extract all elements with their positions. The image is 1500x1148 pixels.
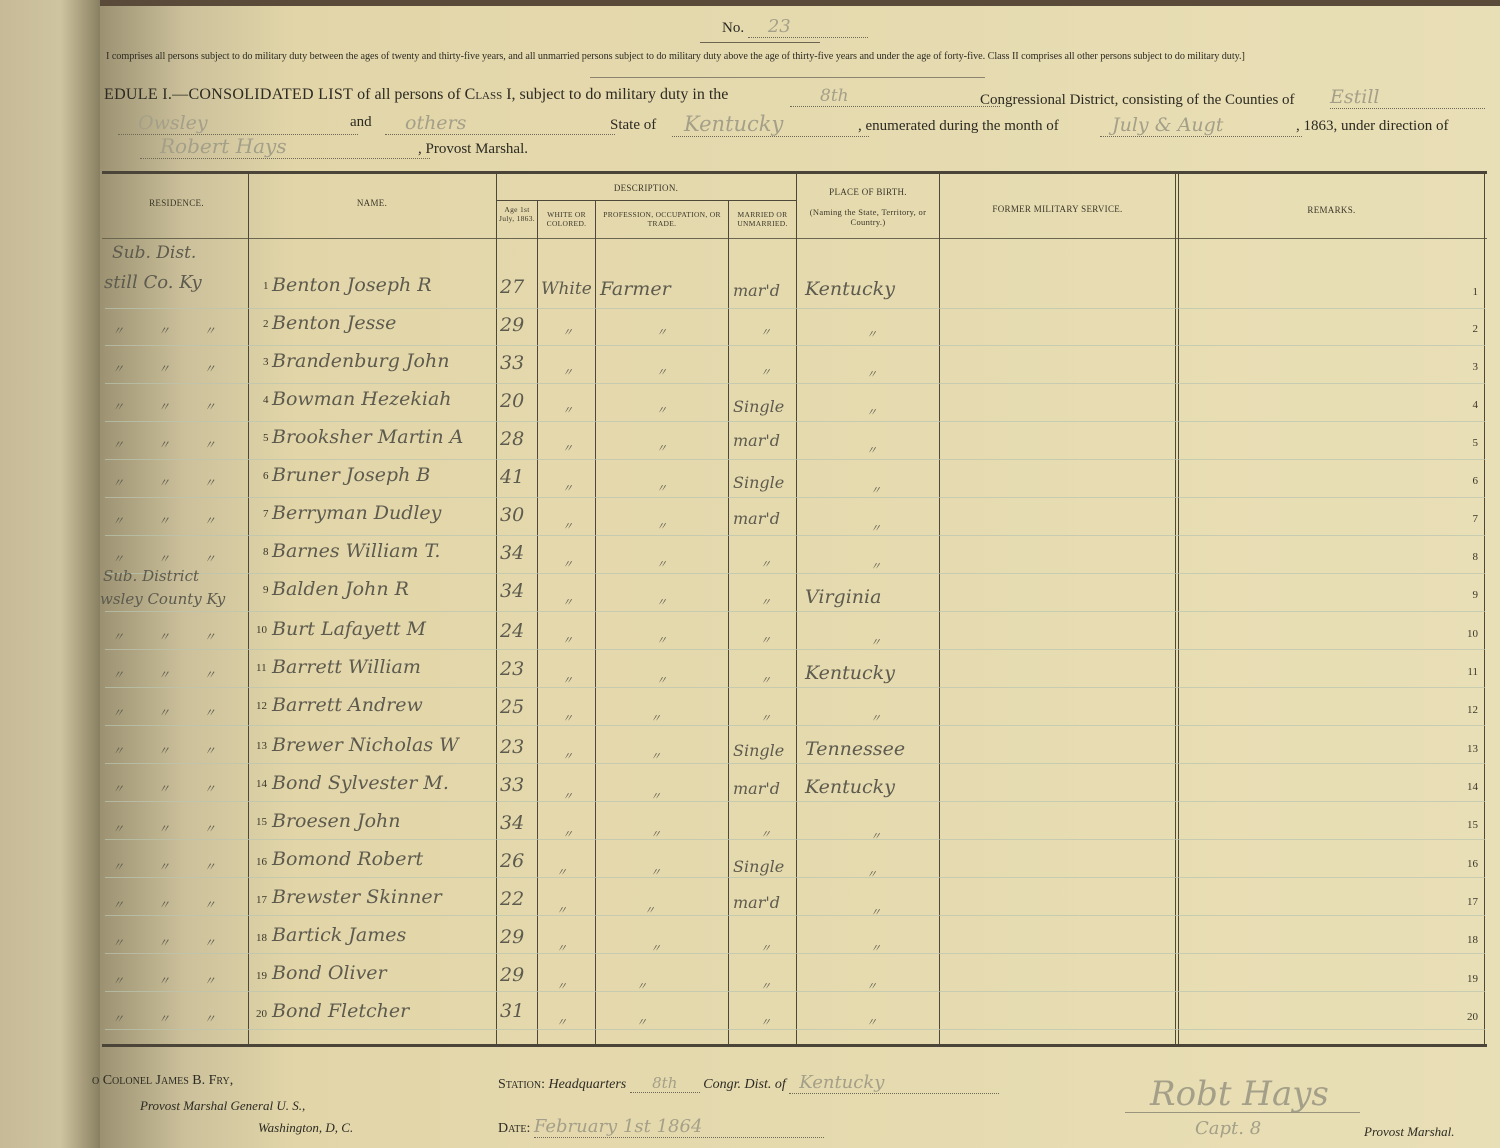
col-line-profession xyxy=(728,200,729,1044)
residence-ditto: 〃 〃 〃 xyxy=(112,398,216,415)
profession-cell: 〃 xyxy=(650,786,661,808)
birth-cell: 〃 xyxy=(866,324,877,346)
profession-cell: 〃 xyxy=(656,554,667,576)
row-number: 12 xyxy=(256,700,267,712)
row-number: 8 xyxy=(263,546,269,558)
residence-ditto: 〃 〃 〃 xyxy=(112,934,216,951)
month-field: July & Augt xyxy=(1100,114,1302,137)
header-color: White or Colored. xyxy=(538,210,595,228)
remarks-row-number: 8 xyxy=(1448,551,1478,563)
class-note-rule xyxy=(590,77,985,78)
remarks-row-number: 12 xyxy=(1448,704,1478,716)
married-cell: Single xyxy=(733,856,784,878)
birth-cell: Kentucky xyxy=(805,776,895,798)
row-rule xyxy=(105,1029,1485,1030)
age-cell: 29 xyxy=(500,964,524,986)
married-cell: 〃 xyxy=(760,592,771,614)
birth-cell: Tennessee xyxy=(805,738,905,760)
station-congr-label: Congr. Dist. of xyxy=(703,1077,785,1092)
signature: Robt Hays xyxy=(1150,1074,1329,1114)
name-cell: Brooksher Martin A xyxy=(272,426,463,448)
profession-cell: 〃 xyxy=(636,976,647,998)
remarks-row-number: 4 xyxy=(1448,399,1478,411)
age-cell: 26 xyxy=(500,850,524,872)
age-cell: 34 xyxy=(500,812,524,834)
header-residence: RESIDENCE. xyxy=(105,198,248,209)
name-cell: Bruner Joseph B xyxy=(272,464,430,486)
row-rule xyxy=(105,915,1485,916)
birth-cell: 〃 xyxy=(866,1012,877,1034)
name-cell: Brandenburg John xyxy=(272,350,449,372)
birth-cell: 〃 xyxy=(866,402,877,424)
married-cell: mar'd xyxy=(733,778,780,800)
row-rule xyxy=(105,497,1485,498)
age-cell: 23 xyxy=(500,658,524,680)
state-value: Kentucky xyxy=(672,112,869,137)
profession-cell: 〃 xyxy=(656,478,667,500)
married-cell: 〃 xyxy=(760,976,771,998)
married-cell: 〃 xyxy=(760,824,771,846)
age-cell: 28 xyxy=(500,428,524,450)
residence-note-estill-line1: Sub. Dist. xyxy=(112,243,196,263)
county1-value: Estill xyxy=(1330,86,1485,109)
remarks-row-number: 6 xyxy=(1448,475,1478,487)
table-top-rule xyxy=(102,171,1487,174)
district-field: 8th xyxy=(790,86,1000,107)
age-cell: 29 xyxy=(500,926,524,948)
row-number: 13 xyxy=(256,740,267,752)
birth-cell: 〃 xyxy=(870,480,881,502)
married-cell: 〃 xyxy=(760,322,771,344)
row-rule xyxy=(105,535,1485,536)
birth-cell: 〃 xyxy=(870,708,881,730)
row-number: 9 xyxy=(263,584,269,596)
remarks-row-number: 19 xyxy=(1448,973,1478,985)
residence-note-owsley-line2: wsley County Ky xyxy=(100,590,225,608)
addressee-title: Provost Marshal General U. S., xyxy=(140,1098,305,1114)
age-cell: 41 xyxy=(500,466,524,488)
row-rule xyxy=(105,725,1485,726)
name-cell: Barrett William xyxy=(272,656,421,678)
col-line-name xyxy=(496,174,497,1044)
row-rule xyxy=(105,801,1485,802)
profession-cell: 〃 xyxy=(650,824,661,846)
col-line-birth xyxy=(939,174,940,1044)
remarks-row-number: 5 xyxy=(1448,437,1478,449)
residence-ditto: 〃 〃 〃 xyxy=(112,666,216,683)
residence-ditto: 〃 〃 〃 xyxy=(112,1010,216,1027)
row-number: 14 xyxy=(256,778,267,790)
color-cell: 〃 xyxy=(562,746,573,768)
district-value: 8th xyxy=(790,86,1000,107)
name-cell: Bond Sylvester M. xyxy=(272,772,449,794)
residence-note-owsley-line1: Sub. District xyxy=(103,567,199,585)
residence-ditto: 〃 〃 〃 xyxy=(112,322,216,339)
age-cell: 34 xyxy=(500,580,524,602)
married-cell: mar'd xyxy=(733,508,780,530)
remarks-row-number: 10 xyxy=(1448,628,1478,640)
birth-cell: 〃 xyxy=(870,632,881,654)
married-cell: 〃 xyxy=(760,362,771,384)
name-cell: Balden John R xyxy=(272,578,409,600)
row-rule xyxy=(105,687,1485,688)
residence-ditto: 〃 〃 〃 xyxy=(112,436,216,453)
county2-field: Owsley xyxy=(118,112,358,135)
age-cell: 29 xyxy=(500,314,524,336)
col-line-right xyxy=(1484,174,1485,1044)
residence-ditto: 〃 〃 〃 xyxy=(112,858,216,875)
name-cell: Barrett Andrew xyxy=(272,694,423,716)
married-cell: mar'd xyxy=(733,430,780,452)
class-note: I comprises all persons subject to do mi… xyxy=(106,51,1245,62)
profession-cell: 〃 xyxy=(650,862,661,884)
married-cell: mar'd xyxy=(733,280,780,302)
name-cell: Benton Joseph R xyxy=(272,274,432,296)
remarks-row-number: 18 xyxy=(1448,934,1478,946)
married-cell: 〃 xyxy=(760,708,771,730)
remarks-row-number: 11 xyxy=(1448,666,1478,678)
color-cell: 〃 xyxy=(562,516,573,538)
name-cell: Burt Lafayett M xyxy=(272,618,426,640)
color-cell: 〃 xyxy=(556,1012,567,1034)
age-cell: 34 xyxy=(500,542,524,564)
residence-ditto: 〃 〃 〃 xyxy=(112,360,216,377)
birth-cell: Kentucky xyxy=(805,662,895,684)
residence-ditto: 〃 〃 〃 xyxy=(112,628,216,645)
age-cell: 24 xyxy=(500,620,524,642)
signature-rank: Capt. 8 xyxy=(1195,1118,1261,1139)
table-bottom-rule xyxy=(102,1044,1487,1047)
profession-cell: 〃 xyxy=(656,322,667,344)
remarks-row-number: 17 xyxy=(1448,896,1478,908)
color-cell: 〃 xyxy=(562,670,573,692)
row-number: 4 xyxy=(263,394,269,406)
row-rule xyxy=(105,383,1485,384)
name-cell: Bond Fletcher xyxy=(272,1000,409,1022)
age-cell: 25 xyxy=(500,696,524,718)
form-number-label: No. xyxy=(722,20,744,36)
header-birth-sub: (Naming the State, Territory, or Country… xyxy=(797,207,939,227)
addressee-place: Washington, D, C. xyxy=(258,1120,353,1136)
married-cell: 〃 xyxy=(760,670,771,692)
row-number: 17 xyxy=(256,894,267,906)
signature-line xyxy=(1125,1112,1360,1113)
marshal-field: Robert Hays xyxy=(140,134,430,159)
profession-cell: 〃 xyxy=(656,438,667,460)
color-cell: 〃 xyxy=(562,554,573,576)
residence-ditto: 〃 〃 〃 xyxy=(112,742,216,759)
remarks-row-number: 14 xyxy=(1448,781,1478,793)
birth-cell: 〃 xyxy=(866,440,877,462)
name-cell: Bartick James xyxy=(272,924,406,946)
state-field: Kentucky xyxy=(672,112,869,137)
name-cell: Bond Oliver xyxy=(272,962,387,984)
month-value: July & Augt xyxy=(1100,114,1302,137)
header-married: Married or Unmarried. xyxy=(729,210,796,228)
remarks-row-number: 3 xyxy=(1448,361,1478,373)
color-cell: 〃 xyxy=(562,478,573,500)
year-label: , 1863, under direction of xyxy=(1296,118,1448,135)
age-cell: 30 xyxy=(500,504,524,526)
age-cell: 27 xyxy=(500,276,524,298)
county2-value: Owsley xyxy=(118,112,358,135)
residence-ditto: 〃 〃 〃 xyxy=(112,820,216,837)
profession-cell: 〃 xyxy=(656,400,667,422)
married-cell: 〃 xyxy=(760,630,771,652)
row-number: 6 xyxy=(263,470,269,482)
color-cell: 〃 xyxy=(562,438,573,460)
name-cell: Broesen John xyxy=(272,810,401,832)
row-rule xyxy=(105,345,1485,346)
color-cell: 〃 xyxy=(562,630,573,652)
remarks-row-number: 1 xyxy=(1448,286,1478,298)
header-profession: Profession, Occupation, or Trade. xyxy=(596,210,728,228)
row-rule xyxy=(105,953,1485,954)
residence-ditto: 〃 〃 〃 xyxy=(112,550,216,567)
row-number: 10 xyxy=(256,624,267,636)
header-military-service: FORMER MILITARY SERVICE. xyxy=(940,204,1175,215)
color-cell: 〃 xyxy=(556,976,567,998)
row-number: 15 xyxy=(256,816,267,828)
marshal-name: Robert Hays xyxy=(140,134,430,159)
birth-cell: Kentucky xyxy=(805,278,895,300)
row-rule xyxy=(105,459,1485,460)
row-rule xyxy=(105,573,1485,574)
birth-cell: 〃 xyxy=(866,976,877,998)
header-bottom-rule xyxy=(102,238,1487,239)
color-cell: 〃 xyxy=(562,592,573,614)
age-cell: 31 xyxy=(500,1000,524,1022)
row-number: 5 xyxy=(263,432,269,444)
header-description: DESCRIPTION. xyxy=(496,183,796,194)
form-number: No. 23 xyxy=(722,16,868,38)
profession-cell: 〃 xyxy=(650,708,661,730)
row-number: 19 xyxy=(256,970,267,982)
color-cell: 〃 xyxy=(562,708,573,730)
age-cell: 23 xyxy=(500,736,524,758)
header-remarks: REMARKS. xyxy=(1179,205,1484,216)
color-cell: 〃 xyxy=(562,824,573,846)
station-state: Kentucky xyxy=(789,1072,999,1094)
residence-ditto: 〃 〃 〃 xyxy=(112,780,216,797)
signature-title: Provost Marshal. xyxy=(1364,1124,1455,1140)
name-cell: Bomond Robert xyxy=(272,848,423,870)
date-label: Date: xyxy=(498,1121,530,1136)
remarks-row-number: 13 xyxy=(1448,743,1478,755)
county1-field: Estill xyxy=(1330,86,1485,109)
profession-cell: 〃 xyxy=(656,670,667,692)
county3-value: others xyxy=(385,112,615,135)
birth-cell: 〃 xyxy=(866,364,877,386)
profession-cell: 〃 xyxy=(656,592,667,614)
color-cell: 〃 xyxy=(562,362,573,384)
row-number: 11 xyxy=(256,662,267,674)
schedule-title: EDULE I.—CONSOLIDATED LIST of all person… xyxy=(104,86,728,104)
row-number: 16 xyxy=(256,856,267,868)
station-line: Station: Headquarters 8th Congr. Dist. o… xyxy=(498,1072,999,1094)
name-cell: Benton Jesse xyxy=(272,312,396,334)
profession-cell: Farmer xyxy=(600,278,671,300)
district-label: Congressional District, consisting of th… xyxy=(980,92,1295,109)
form-number-value: 23 xyxy=(748,16,868,38)
remarks-row-number: 20 xyxy=(1448,1011,1478,1023)
header-birth: PLACE OF BIRTH. xyxy=(797,187,939,198)
profession-cell: 〃 xyxy=(656,362,667,384)
title-prefix: EDULE I.—CONSOLIDATED LIST xyxy=(104,86,353,103)
name-cell: Brewer Nicholas W xyxy=(272,734,459,756)
date-value: February 1st 1864 xyxy=(534,1116,824,1138)
station-label: Station: xyxy=(498,1077,545,1092)
color-cell: 〃 xyxy=(562,786,573,808)
row-number: 3 xyxy=(263,356,269,368)
name-cell: Brewster Skinner xyxy=(272,886,442,908)
married-cell: Single xyxy=(733,472,784,494)
profession-cell: 〃 xyxy=(656,516,667,538)
color-cell: 〃 xyxy=(556,900,567,922)
color-cell: 〃 xyxy=(556,862,567,884)
profession-cell: 〃 xyxy=(656,630,667,652)
col-line-residence xyxy=(248,174,249,1044)
married-cell: 〃 xyxy=(760,554,771,576)
station-district-number: 8th xyxy=(630,1074,700,1093)
color-cell: 〃 xyxy=(562,322,573,344)
age-cell: 20 xyxy=(500,390,524,412)
color-cell: 〃 xyxy=(556,938,567,960)
residence-ditto: 〃 〃 〃 xyxy=(112,972,216,989)
row-number: 7 xyxy=(263,508,269,520)
row-rule xyxy=(105,877,1485,878)
color-cell: White xyxy=(541,278,592,300)
book-gutter xyxy=(0,0,110,1148)
row-number: 2 xyxy=(263,318,269,330)
header-age: Age 1st July, 1863. xyxy=(497,205,537,223)
profession-cell: 〃 xyxy=(650,746,661,768)
row-rule xyxy=(105,991,1485,992)
and-label: and xyxy=(350,114,372,131)
number-underline xyxy=(700,42,820,43)
married-cell: 〃 xyxy=(760,938,771,960)
remarks-row-number: 15 xyxy=(1448,819,1478,831)
residence-ditto: 〃 〃 〃 xyxy=(112,474,216,491)
married-cell: mar'd xyxy=(733,892,780,914)
state-label: State of xyxy=(610,117,656,134)
date-line: Date: February 1st 1864 xyxy=(498,1116,824,1138)
remarks-row-number: 7 xyxy=(1448,513,1478,525)
remarks-row-number: 9 xyxy=(1448,589,1478,601)
birth-cell: 〃 xyxy=(870,938,881,960)
col-line-married xyxy=(796,174,797,1044)
profession-cell: 〃 xyxy=(650,938,661,960)
row-number: 1 xyxy=(263,280,269,292)
enumerated-label: , enumerated during the month of xyxy=(858,118,1059,135)
addressee: o Colonel James B. Fry, xyxy=(92,1073,233,1089)
row-number: 18 xyxy=(256,932,267,944)
name-cell: Bowman Hezekiah xyxy=(272,388,452,410)
col-line-military-double xyxy=(1178,174,1179,1044)
col-line-color xyxy=(595,200,596,1044)
birth-cell: 〃 xyxy=(870,902,881,924)
age-cell: 33 xyxy=(500,352,524,374)
birth-cell: 〃 xyxy=(870,826,881,848)
page-top-edge xyxy=(100,0,1500,6)
county3-field: others xyxy=(385,112,615,135)
marshal-label: , Provost Marshal. xyxy=(418,141,528,158)
profession-cell: 〃 xyxy=(636,1012,647,1034)
residence-ditto: 〃 〃 〃 xyxy=(112,896,216,913)
row-rule xyxy=(105,649,1485,650)
profession-cell: 〃 xyxy=(644,900,655,922)
married-cell: Single xyxy=(733,740,784,762)
description-subheader-rule xyxy=(497,200,797,201)
birth-cell: 〃 xyxy=(870,518,881,540)
residence-note-estill-line2: still Co. Ky xyxy=(104,272,202,293)
row-rule xyxy=(105,308,1485,309)
age-cell: 22 xyxy=(500,888,524,910)
residence-ditto: 〃 〃 〃 xyxy=(112,704,216,721)
married-cell: 〃 xyxy=(760,1012,771,1034)
age-cell: 33 xyxy=(500,774,524,796)
title-suffix: subject to do military duty in the xyxy=(520,86,729,103)
color-cell: 〃 xyxy=(562,400,573,422)
row-number: 20 xyxy=(256,1008,267,1020)
name-cell: Berryman Dudley xyxy=(272,502,441,524)
remarks-row-number: 16 xyxy=(1448,858,1478,870)
col-line-age xyxy=(537,200,538,1044)
row-rule xyxy=(105,839,1485,840)
row-rule xyxy=(105,421,1485,422)
remarks-row-number: 2 xyxy=(1448,323,1478,335)
title-mid: of all persons of xyxy=(357,86,461,103)
residence-ditto: 〃 〃 〃 xyxy=(112,512,216,529)
row-rule xyxy=(105,763,1485,764)
title-class: Class I, xyxy=(465,86,516,103)
addressee-name: o Colonel James B. Fry, xyxy=(92,1073,233,1088)
col-line-military xyxy=(1175,174,1176,1044)
station-headquarters: Headquarters xyxy=(548,1077,626,1092)
row-rule xyxy=(105,611,1485,612)
name-cell: Barnes William T. xyxy=(272,540,440,562)
birth-cell: 〃 xyxy=(866,864,877,886)
header-name: NAME. xyxy=(248,198,496,209)
birth-cell: 〃 xyxy=(870,556,881,578)
married-cell: Single xyxy=(733,396,784,418)
birth-cell: Virginia xyxy=(805,586,881,608)
